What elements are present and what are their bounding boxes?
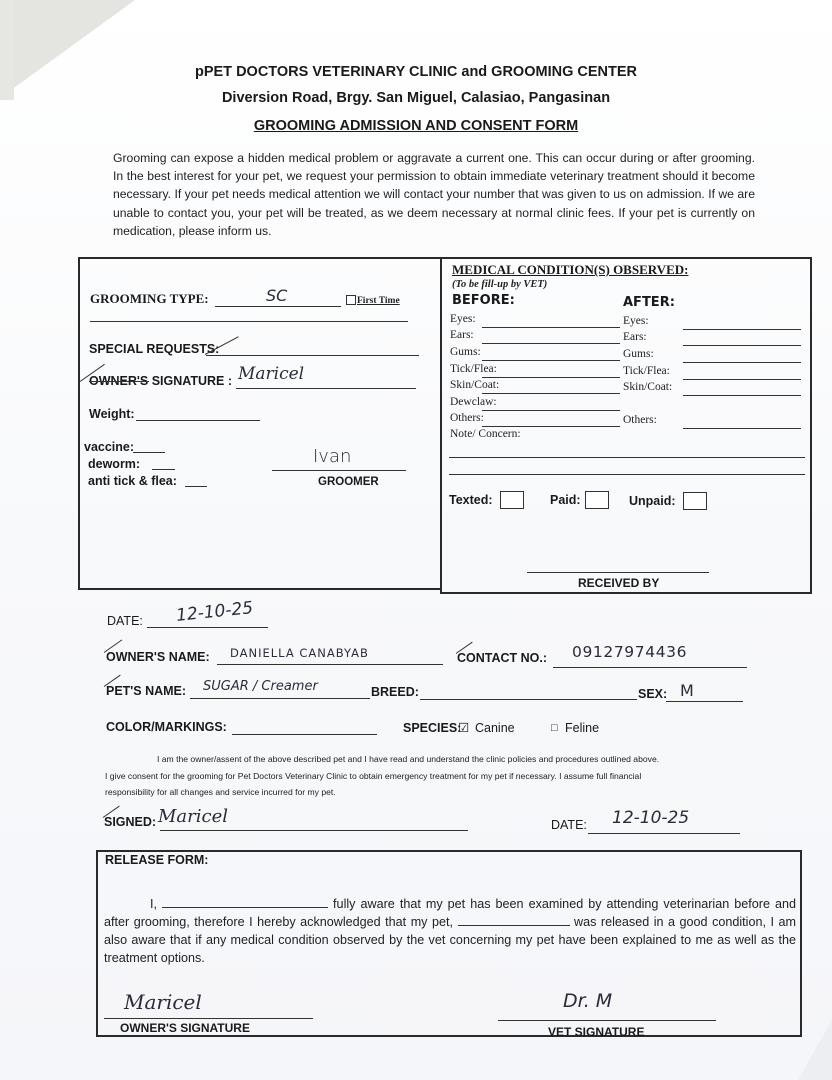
after-field-input[interactable]	[683, 329, 801, 330]
sex-label: SEX:	[638, 687, 667, 701]
medical-title: MEDICAL CONDITION(S) OBSERVED:	[452, 262, 688, 278]
folded-corner-bottom	[798, 1020, 832, 1080]
weight-field[interactable]	[136, 420, 260, 421]
clinic-address: Diversion Road, Brgy. San Miguel, Calasi…	[0, 90, 832, 106]
vaccine-field[interactable]	[133, 452, 165, 453]
consent-line-1: I am the owner/assent of the above descr…	[157, 752, 659, 767]
grooming-type-value: SC	[266, 286, 287, 305]
vet-signature-label: VET SIGNATURE	[548, 1025, 644, 1039]
deworm-label: deworm:	[88, 457, 140, 471]
species-label: SPECIES:	[403, 721, 461, 735]
texted-label: Texted:	[449, 493, 493, 507]
owner-name-field[interactable]	[217, 664, 443, 665]
feline-checkbox[interactable]: □	[551, 722, 558, 734]
release-owner-signature-field[interactable]	[104, 1018, 313, 1019]
paid-label: Paid:	[550, 493, 581, 507]
consent-line-2: I give consent for the grooming for Pet …	[105, 769, 641, 784]
first-time-checkbox[interactable]	[346, 295, 356, 305]
before-field-label: Eyes:	[450, 313, 476, 325]
after-field-label: Ears:	[623, 331, 647, 343]
breed-field[interactable]	[420, 699, 637, 700]
vaccine-label: vaccine:	[84, 440, 134, 454]
before-field-input[interactable]	[482, 426, 620, 427]
grooming-type-field[interactable]	[215, 306, 341, 307]
unpaid-label: Unpaid:	[629, 494, 676, 508]
after-field-input[interactable]	[683, 362, 801, 363]
date-field[interactable]	[147, 627, 268, 628]
before-field-input[interactable]	[482, 327, 620, 328]
contact-value: 09127974436	[572, 643, 687, 661]
color-markings-label: COLOR/MARKINGS:	[106, 720, 227, 734]
unpaid-checkbox[interactable]	[683, 492, 707, 510]
before-field-label: Gums:	[450, 346, 481, 358]
after-field-input[interactable]	[683, 428, 801, 429]
anti-tick-flea-label: anti tick & flea:	[88, 474, 177, 488]
after-field-label: Gums:	[623, 348, 654, 360]
groomer-label: GROOMER	[318, 476, 379, 488]
owner-name-value: DANIELLA CANABYAB	[230, 646, 369, 660]
release-owner-signature-value: Maricel	[124, 990, 202, 1014]
scanned-form-page: pPET DOCTORS VETERINARY CLINIC and GROOM…	[0, 0, 832, 1080]
weight-label: Weight:	[89, 407, 135, 421]
groomer-field[interactable]	[272, 470, 406, 471]
before-field-input[interactable]	[482, 377, 620, 378]
texted-checkbox[interactable]	[500, 491, 524, 509]
special-requests-field[interactable]	[206, 355, 419, 356]
before-label: BEFORE:	[452, 293, 515, 308]
paid-checkbox[interactable]	[585, 491, 609, 509]
sex-value: M	[680, 681, 694, 700]
after-field-input[interactable]	[683, 379, 801, 380]
scan-edge-shadow	[0, 0, 14, 100]
before-field-label: Skin/Coat:	[450, 379, 499, 391]
after-field-label: Tick/Flea:	[623, 365, 670, 377]
feline-option-label: Feline	[565, 721, 599, 735]
release-pet-name-field[interactable]	[458, 915, 570, 926]
release-text-1: I,	[150, 897, 162, 911]
note-line-1[interactable]	[449, 457, 805, 458]
before-field-label: Tick/Flea:	[450, 363, 497, 375]
intro-paragraph: Grooming can expose a hidden medical pro…	[113, 149, 755, 240]
deworm-field[interactable]	[152, 469, 175, 470]
medical-subtitle: (To be fill-up by VET)	[452, 279, 547, 290]
pet-name-label: PET'S NAME:	[106, 684, 186, 698]
before-field-input[interactable]	[482, 343, 620, 344]
before-field-input[interactable]	[482, 360, 620, 361]
signed-field[interactable]	[160, 830, 468, 831]
canine-option-label: Canine	[475, 721, 515, 735]
consent-line-3: responsibility for all changes and servi…	[105, 785, 336, 800]
pet-name-value: SUGAR / Creamer	[203, 679, 318, 694]
release-owner-name-field[interactable]	[162, 897, 328, 908]
after-field-label: Skin/Coat:	[623, 381, 672, 393]
after-field-label: Eyes:	[623, 315, 649, 327]
form-title: GROOMING ADMISSION AND CONSENT FORM	[0, 118, 832, 134]
date-value: 12-10-25	[175, 598, 254, 626]
after-label: AFTER:	[623, 295, 675, 310]
anti-tick-flea-field[interactable]	[185, 486, 207, 487]
color-markings-field[interactable]	[232, 734, 377, 735]
canine-checkbox[interactable]: ☑	[458, 720, 469, 735]
grooming-extra-line[interactable]	[90, 321, 408, 322]
signed-value: Maricel	[158, 806, 228, 827]
first-time-label: First Time	[357, 296, 400, 306]
vet-signature-value: Dr. M	[563, 990, 612, 1012]
before-field-label: Dewclaw:	[450, 396, 497, 408]
sex-field[interactable]	[666, 701, 743, 702]
vet-signature-field[interactable]	[498, 1020, 716, 1021]
clinic-name: pPET DOCTORS VETERINARY CLINIC and GROOM…	[0, 64, 832, 80]
owner-signature-field[interactable]	[236, 388, 416, 389]
signed-label: SIGNED:	[104, 815, 156, 829]
after-field-input[interactable]	[683, 345, 801, 346]
folded-corner	[0, 0, 135, 98]
consent-date-label: DATE:	[551, 818, 587, 832]
before-field-input[interactable]	[482, 410, 620, 411]
pet-name-field[interactable]	[190, 698, 370, 699]
received-by-label: RECEIVED BY	[578, 576, 659, 590]
groomer-value: Ivan	[313, 446, 351, 467]
special-requests-label: SPECIAL REQUESTS:	[89, 342, 219, 356]
release-paragraph: I, fully aware that my pet has been exam…	[104, 895, 796, 967]
grooming-type-label: GROOMING TYPE:	[90, 291, 209, 307]
consent-date-field[interactable]	[588, 833, 740, 834]
strike-mark	[89, 381, 149, 382]
owner-name-label: OWNER'S NAME:	[106, 650, 210, 664]
before-field-label: Ears:	[450, 329, 474, 341]
contact-field[interactable]	[553, 667, 747, 668]
before-field-input[interactable]	[482, 393, 620, 394]
note-concern-label: Note/ Concern:	[450, 428, 521, 440]
consent-date-value: 12-10-25	[612, 808, 689, 828]
after-field-label: Others:	[623, 414, 657, 426]
before-field-label: Others:	[450, 412, 484, 424]
owner-signature-value: Maricel	[238, 364, 304, 384]
contact-label: CONTACT NO.:	[457, 651, 547, 665]
breed-label: BREED:	[371, 685, 419, 699]
date-label: DATE:	[107, 614, 143, 628]
note-line-2[interactable]	[449, 474, 805, 475]
after-field-input[interactable]	[683, 395, 801, 396]
received-by-field[interactable]	[527, 572, 709, 573]
release-title: RELEASE FORM:	[105, 853, 208, 867]
release-owner-signature-label: OWNER'S SIGNATURE	[120, 1021, 250, 1035]
